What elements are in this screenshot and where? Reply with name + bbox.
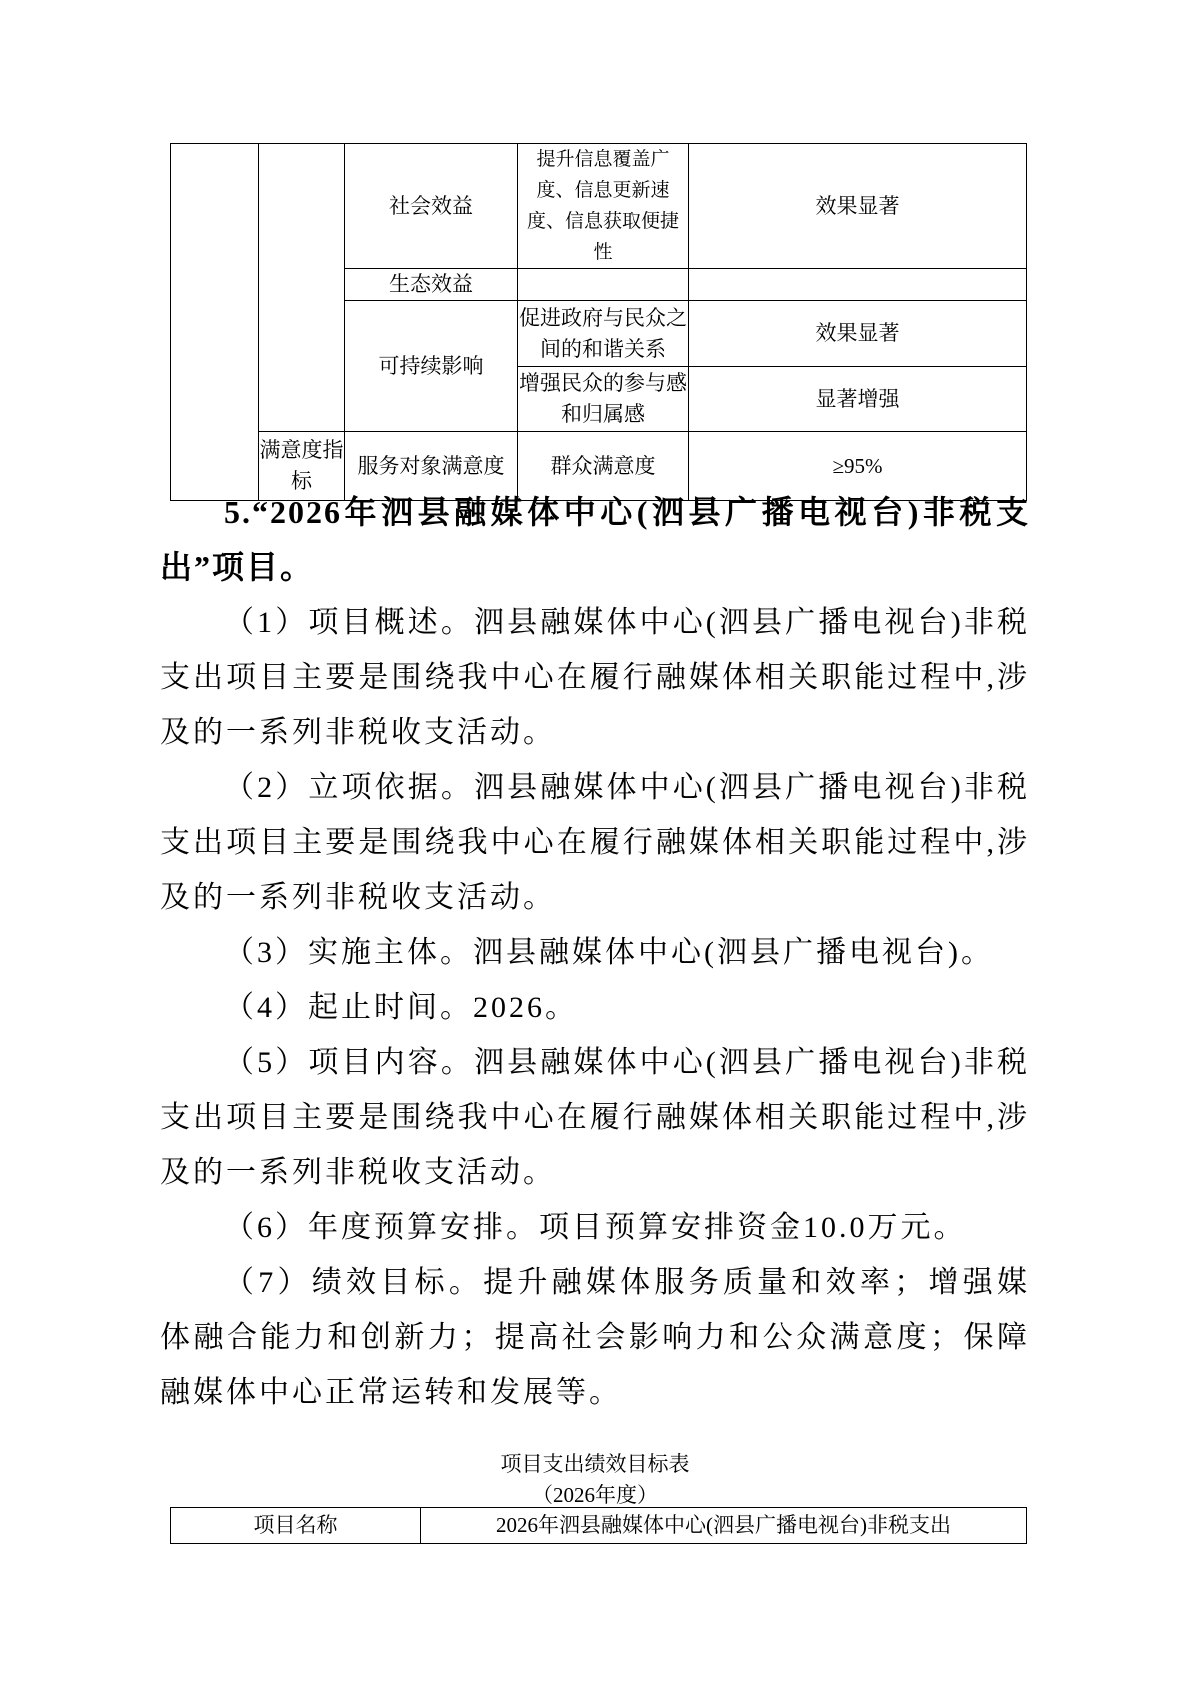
paragraph-5: （5）项目内容。泗县融媒体中心(泗县广播电视台)非税支出项目主要是围绕我中心在履…: [160, 1035, 1030, 1200]
paragraph-7: （7）绩效目标。提升融媒体服务质量和效率；增强媒体融合能力和创新力；提高社会影响…: [160, 1255, 1030, 1420]
indicator-target-cell: [689, 269, 1027, 301]
paragraph-3: （3）实施主体。泗县融媒体中心(泗县广播电视台)。: [160, 925, 1030, 980]
indicator-target-cell: 效果显著: [689, 144, 1027, 269]
indicator-level3-cell: 促进政府与民众之间的和谐关系: [518, 301, 689, 367]
paragraph-2: （2）立项依据。泗县融媒体中心(泗县广播电视台)非税支出项目主要是围绕我中心在履…: [160, 760, 1030, 925]
indicator-target-cell: 显著增强: [689, 367, 1027, 432]
indicator-level3-cell: 提升信息覆盖广度、信息更新速度、信息获取便捷性: [518, 144, 689, 269]
indicator-table: 社会效益 提升信息覆盖广度、信息更新速度、信息获取便捷性 效果显著 生态效益 可…: [170, 143, 1027, 501]
indicator-group-merged-cell: [259, 144, 345, 432]
indicator-level3-cell: [518, 269, 689, 301]
document-body: 5.“2026年泗县融媒体中心(泗县广播电视台)非税支出”项目。 （1）项目概述…: [160, 485, 1030, 1420]
paragraph-6: （6）年度预算安排。项目预算安排资金10.0万元。: [160, 1200, 1030, 1255]
indicator-level3-cell: 增强民众的参与感和归属感: [518, 367, 689, 432]
goal-table-title-block: 项目支出绩效目标表 （2026年度）: [160, 1449, 1030, 1511]
goal-table-title: 项目支出绩效目标表: [160, 1449, 1030, 1480]
project-name-label-cell: 项目名称: [171, 1508, 421, 1544]
section-heading: 5.“2026年泗县融媒体中心(泗县广播电视台)非税支出”项目。: [160, 485, 1030, 595]
goal-table: 项目名称 2026年泗县融媒体中心(泗县广播电视台)非税支出: [170, 1507, 1027, 1544]
paragraph-1: （1）项目概述。泗县融媒体中心(泗县广播电视台)非税支出项目主要是围绕我中心在履…: [160, 595, 1030, 760]
indicator-level2-cell: 可持续影响: [345, 301, 518, 432]
indicator-col1-merged-cell: [171, 144, 259, 501]
document-page: 社会效益 提升信息覆盖广度、信息更新速度、信息获取便捷性 效果显著 生态效益 可…: [0, 0, 1190, 1684]
table-row: 社会效益 提升信息覆盖广度、信息更新速度、信息获取便捷性 效果显著: [171, 144, 1027, 269]
paragraph-4: （4）起止时间。2026。: [160, 980, 1030, 1035]
table-row: 项目名称 2026年泗县融媒体中心(泗县广播电视台)非税支出: [171, 1508, 1027, 1544]
indicator-level2-cell: 社会效益: [345, 144, 518, 269]
indicator-level2-cell: 生态效益: [345, 269, 518, 301]
project-name-value-cell: 2026年泗县融媒体中心(泗县广播电视台)非税支出: [421, 1508, 1027, 1544]
indicator-target-cell: 效果显著: [689, 301, 1027, 367]
